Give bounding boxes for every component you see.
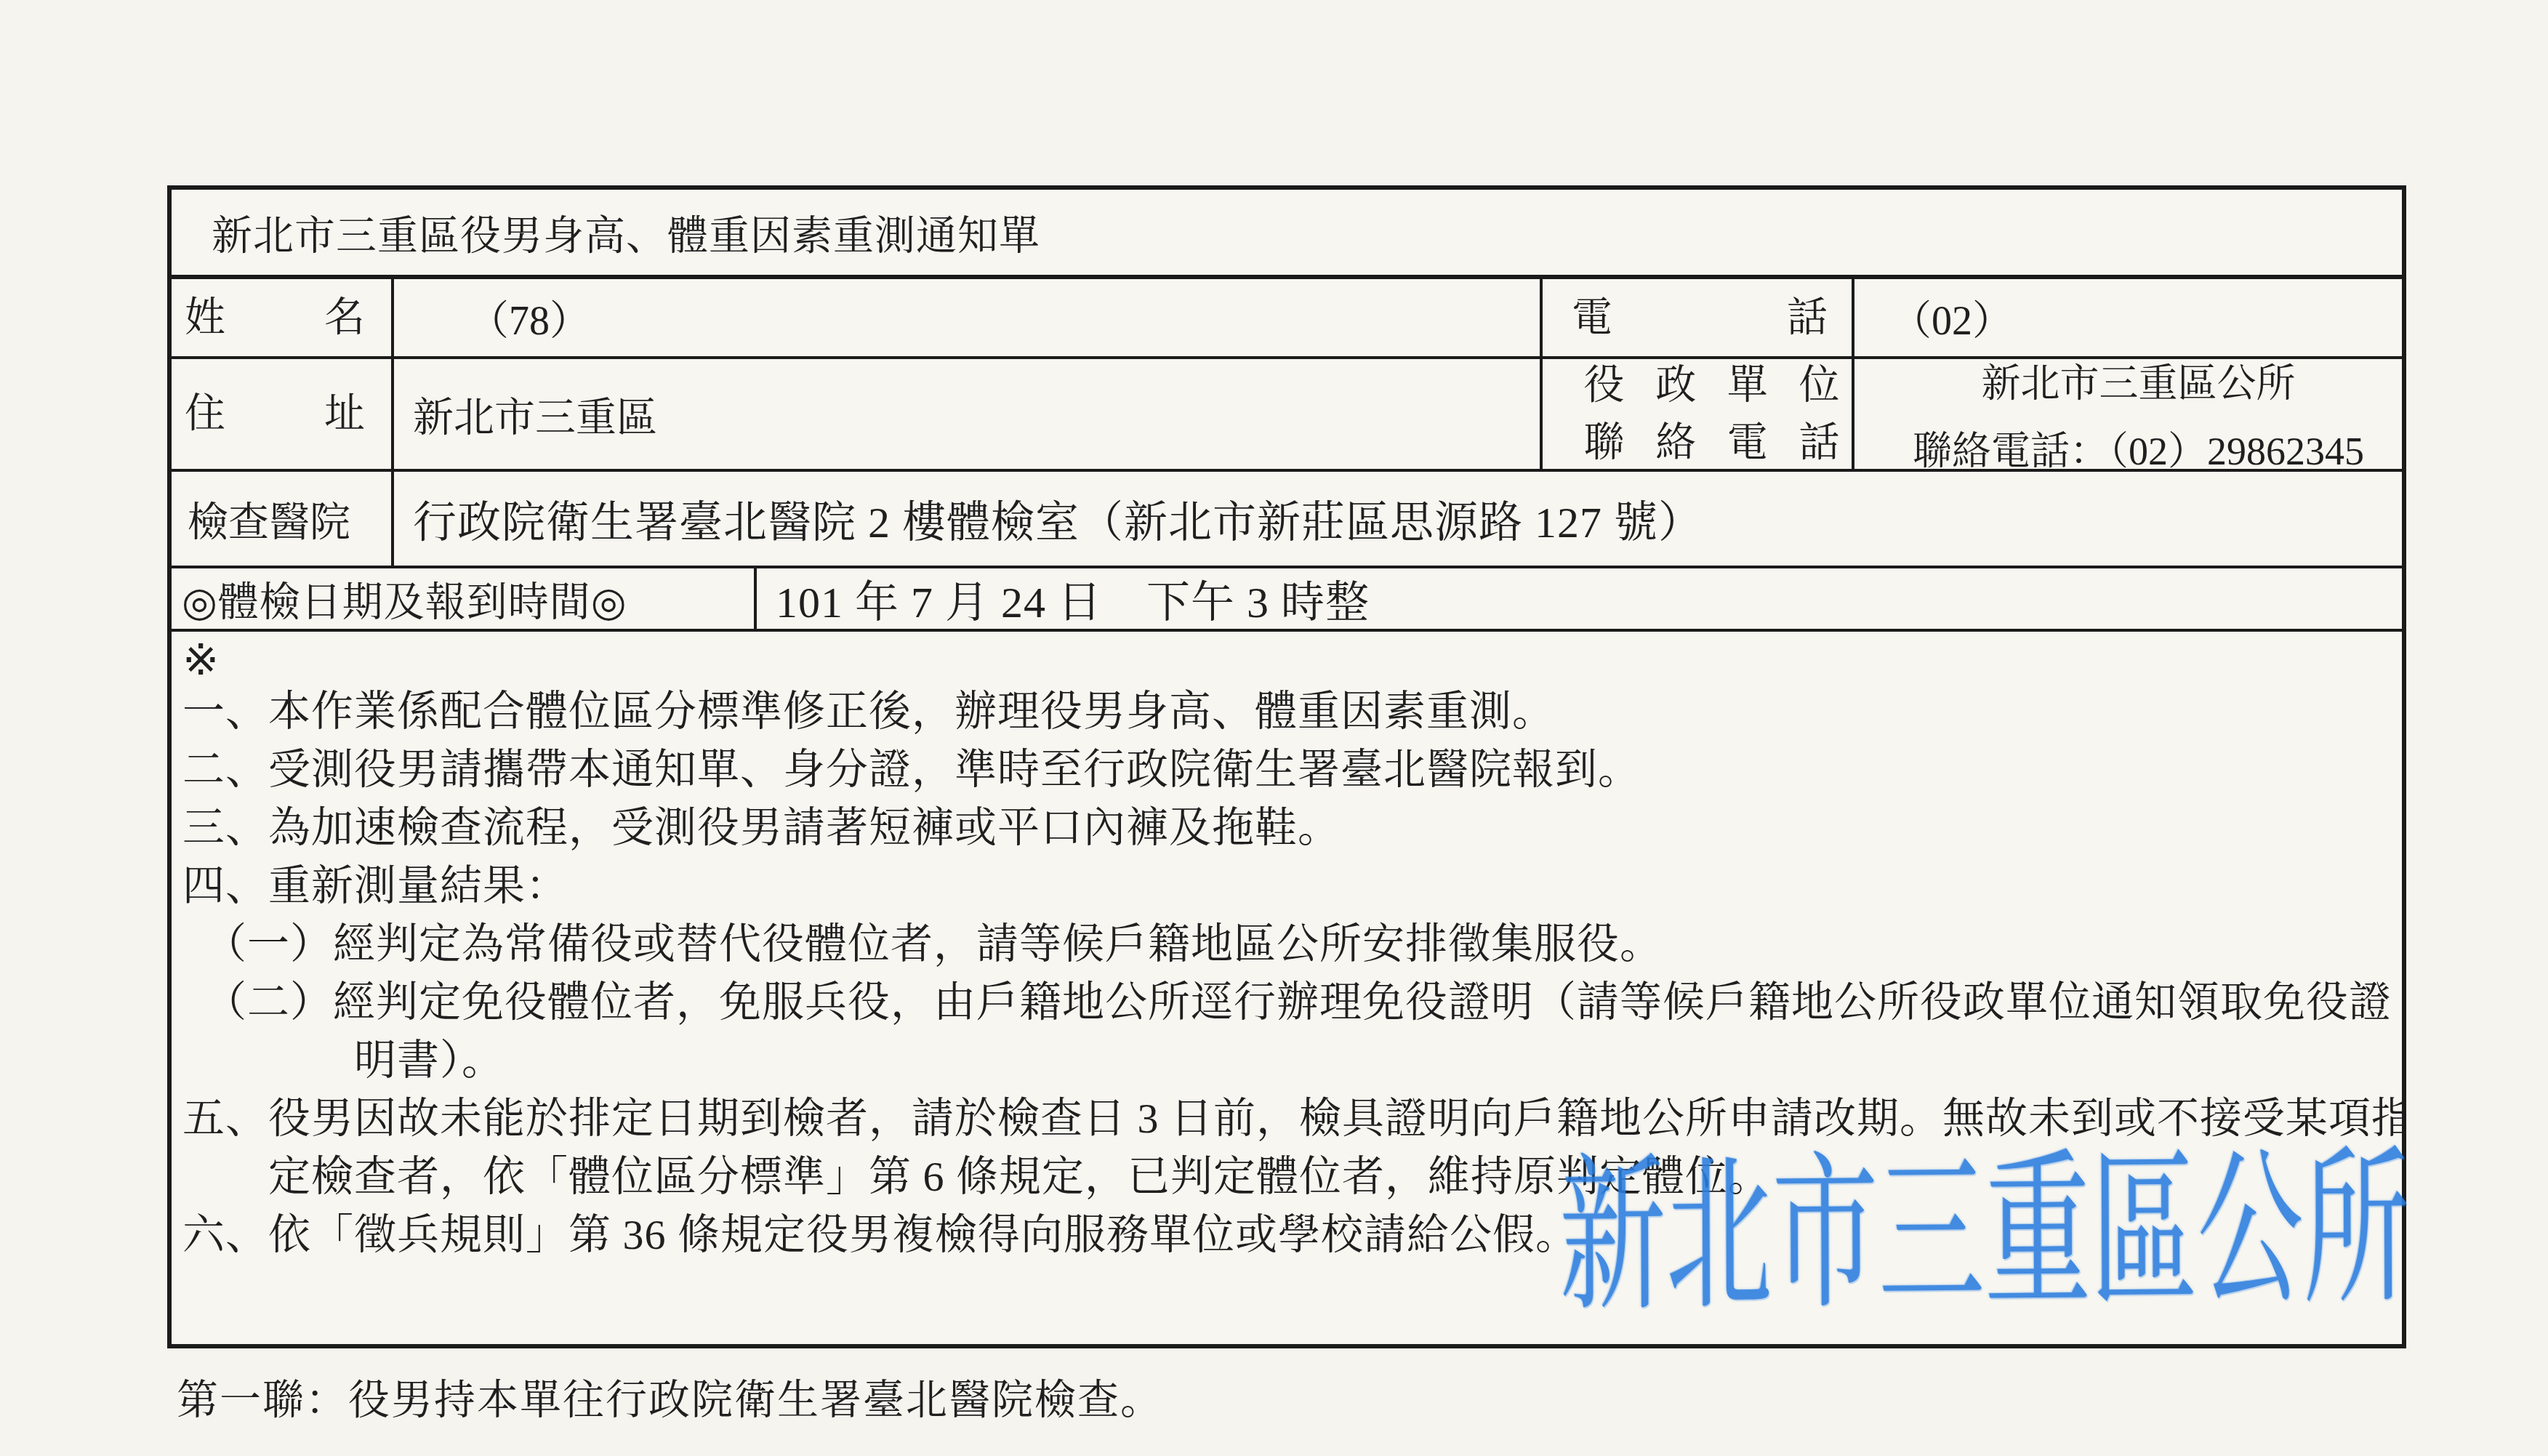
name-phone-row: 姓名 （78） 電話 （02） bbox=[172, 275, 2402, 356]
address-label-cell: 住址 bbox=[172, 359, 391, 469]
note-line-3: 三、為加速檢查流程，受測役男請著短褲或平口內褲及拖鞋。 bbox=[182, 799, 2387, 857]
name-label: 姓名 bbox=[185, 294, 365, 341]
phone-label-cell: 電話 bbox=[1540, 279, 1852, 356]
hospital-value: 行政院衛生署臺北醫院 2 樓體檢室（新北市新莊區思源路 127 號） bbox=[391, 472, 2402, 566]
phone-value: （02） bbox=[1852, 279, 2402, 356]
service-unit-value-line1: 新北市三重區公所 bbox=[1982, 359, 2296, 409]
exam-datetime-row: ◎體檢日期及報到時間◎ 101 年 7 月 24 日 下午 3 時整 bbox=[172, 566, 2402, 629]
title-row: 新北市三重區役男身高、體重因素重測通知單 bbox=[172, 190, 2402, 275]
hospital-row: 檢查醫院 行政院衛生署臺北醫院 2 樓體檢室（新北市新莊區思源路 127 號） bbox=[172, 469, 2402, 566]
note-line-2: 二、受測役男請攜帶本通知單、身分證，準時至行政院衛生署臺北醫院報到。 bbox=[182, 741, 2387, 799]
address-label: 住址 bbox=[185, 390, 365, 437]
service-unit-value-line2: 聯絡電話：（02）29862345 bbox=[1913, 420, 2364, 470]
service-unit-value-cell: 新北市三重區公所 聯絡電話：（02）29862345 bbox=[1852, 359, 2402, 469]
notes-marker: ※ bbox=[182, 637, 2387, 683]
exam-datetime-label: ◎體檢日期及報到時間◎ bbox=[172, 568, 754, 629]
address-value: 新北市三重區 bbox=[391, 359, 1540, 469]
service-unit-label-line1: 役政單位 bbox=[1584, 362, 1840, 409]
note-line-1: 一、本作業係配合體位區分標準修正後，辦理役男身高、體重因素重測。 bbox=[182, 683, 2387, 741]
notes-row: ※ 一、本作業係配合體位區分標準修正後，辦理役男身高、體重因素重測。 二、受測役… bbox=[172, 629, 2402, 1344]
note-line-5: 五、役男因故未能於排定日期到檢者，請於檢查日 3 日前，檢具證明向戶籍地公所申請… bbox=[182, 1090, 2387, 1148]
phone-label: 電話 bbox=[1572, 294, 1828, 341]
service-unit-label-cell: 役政單位 聯絡電話 bbox=[1540, 359, 1852, 469]
note-line-4a: （一）經判定為常備役或替代役體位者，請等候戶籍地區公所安排徵集服役。 bbox=[182, 915, 2387, 973]
address-unit-row: 住址 新北市三重區 役政單位 聯絡電話 新北市三重區公所 聯絡電話：（02）29… bbox=[172, 356, 2402, 469]
note-line-6: 六、依「徵兵規則」第 36 條規定役男複檢得向服務單位或學校請給公假。 bbox=[182, 1206, 2387, 1264]
notes-section: ※ 一、本作業係配合體位區分標準修正後，辦理役男身高、體重因素重測。 二、受測役… bbox=[172, 632, 2402, 1344]
scanned-notice-document: 新北市三重區役男身高、體重因素重測通知單 姓名 （78） 電話 （02） 住址 … bbox=[0, 0, 2548, 1456]
note-line-4: 四、重新測量結果： bbox=[182, 857, 2387, 915]
copy-designation-note: 第一聯：役男持本單往行政院衛生署臺北醫院檢查。 bbox=[177, 1367, 1163, 1426]
note-line-4b-wrap: 明書）。 bbox=[182, 1031, 2387, 1090]
hospital-label: 檢查醫院 bbox=[172, 472, 391, 566]
service-unit-label-line2: 聯絡電話 bbox=[1584, 419, 1840, 466]
note-line-5-wrap: 定檢查者，依「體位區分標準」第 6 條規定，已判定體位者，維持原判定體位。 bbox=[182, 1148, 2387, 1206]
name-label-cell: 姓名 bbox=[172, 279, 391, 356]
notice-form-table: 新北市三重區役男身高、體重因素重測通知單 姓名 （78） 電話 （02） 住址 … bbox=[167, 185, 2406, 1348]
exam-datetime-value: 101 年 7 月 24 日 下午 3 時整 bbox=[754, 568, 2402, 629]
name-value: （78） bbox=[391, 279, 1540, 356]
note-line-4b: （二）經判定免役體位者，免服兵役，由戶籍地公所逕行辦理免役證明（請等候戶籍地公所… bbox=[182, 973, 2387, 1031]
form-title: 新北市三重區役男身高、體重因素重測通知單 bbox=[172, 190, 2402, 275]
